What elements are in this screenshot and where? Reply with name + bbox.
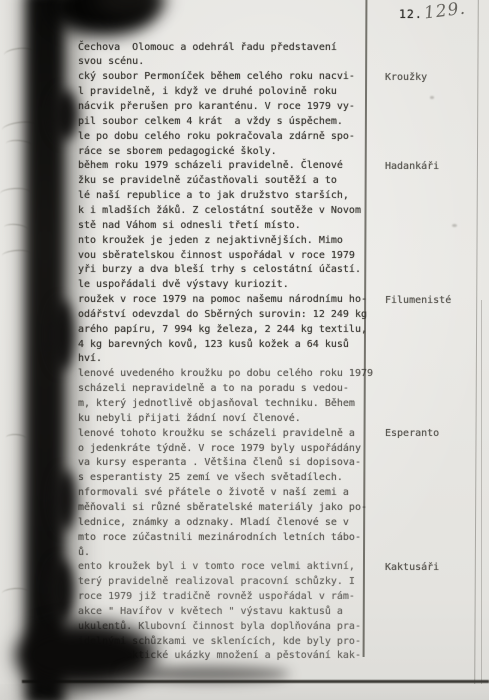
- text-line: nformovali své přátele o životě v naší z…: [78, 485, 349, 500]
- text-line: l pravidelně, i když ve druhé polovině r…: [78, 84, 337, 99]
- paper-speck: [452, 224, 457, 227]
- margin-label-filumenisté: Filumenisté: [385, 293, 451, 308]
- text-line: cký soubor Permoníček během celého roku …: [78, 69, 355, 84]
- scanned-document-page: 12. 129. Čechova Olomouc a odehrál řadu …: [0, 0, 489, 700]
- scan-shadow-bump: [54, 470, 76, 530]
- scan-shadow-bottom-smear: [120, 666, 290, 682]
- text-line: le uspořádali dvě výstavy kuriozit.: [78, 277, 289, 292]
- text-line: va kursy esperanta . Většina členů si do…: [78, 455, 361, 470]
- text-line: ráce se sborem pedagogické školy.: [78, 144, 277, 159]
- scan-shadow-bump: [48, 560, 74, 620]
- text-line: mto roce zúčastnili mezinárodních letníc…: [78, 530, 361, 545]
- text-line: Čechova Olomouc a odehrál řadu představe…: [78, 40, 337, 55]
- text-line: měňovali si různé sběratelské materiály …: [78, 500, 367, 515]
- handwritten-page-number: 129.: [423, 0, 467, 23]
- text-line: terý pravidelně realizoval pracovní schů…: [78, 574, 355, 589]
- text-line: během roku 1979 scházeli pravidelně. Čle…: [78, 158, 343, 173]
- text-line: nácvik přerušen pro karanténu. V roce 19…: [78, 99, 355, 114]
- scan-shadow-bump: [52, 90, 78, 140]
- text-line: yři burzy a dva bleší trhy s celostátní …: [78, 262, 361, 277]
- text-line: k i mladších žáků. Z celostátní soutěže …: [78, 203, 361, 218]
- margin-label-esperanto: Esperanto: [385, 426, 439, 441]
- page-right-edge-line: [474, 0, 479, 684]
- text-line: scházeli nepravidelně a to na poradu s v…: [78, 381, 349, 396]
- text-line: odářství odevzdal do Sběrných surovin: 1…: [78, 307, 367, 322]
- paper-speck: [430, 96, 434, 99]
- margin-label-hadankáři: Hadankáři: [385, 159, 439, 174]
- text-line: s esperantisty 25 zemí ve všech světadíl…: [78, 470, 343, 485]
- text-line: lé naší republice a to jak družstvo star…: [78, 188, 349, 203]
- text-line: akce " Havířov v květech " výstavu kaktu…: [78, 604, 343, 619]
- text-line: lenové uvedeného kroužku po dobu celého …: [78, 366, 373, 381]
- text-line: nto kroužek je jeden z nejaktivnějších. …: [78, 233, 343, 248]
- text-line: le po dobu celého roku pokračovala zdárn…: [78, 129, 355, 144]
- margin-label-kroužky: Kroužky: [385, 70, 427, 85]
- text-line: žku se pravidelně zúčastňovali soutěží a…: [78, 173, 337, 188]
- text-line: lednice, známky a odznaky. Mladí členové…: [78, 515, 349, 530]
- text-line: ento kroužek byl i v tomto roce velmi ak…: [78, 559, 355, 574]
- text-line: pil soubor celkem 4 krát a vždy s úspěch…: [78, 114, 343, 129]
- text-line: lenové tohoto kroužku se scházeli pravid…: [78, 426, 355, 441]
- margin-label-kaktusáři: Kaktusáři: [385, 560, 439, 575]
- text-line: roce 1979 již tradičně rovněž uspořádal …: [78, 589, 355, 604]
- text-line: stě nad Váhom si odnesli třetí místo.: [78, 218, 301, 233]
- page-right-edge-line-2: [481, 300, 482, 684]
- typed-page-number: 12.: [399, 7, 423, 21]
- text-line: m, který jednotlivě objasňoval techniku.…: [78, 396, 355, 411]
- text-line: o jedenkráte týdně. V roce 1979 byly usp…: [78, 441, 361, 456]
- text-line: arého papíru, 7 994 kg železa, 2 244 kg …: [78, 322, 367, 337]
- text-line: 4 kg barevných kovů, 123 kusů kožek a 64…: [78, 337, 349, 352]
- scan-shadow-bump: [50, 300, 74, 370]
- text-line: ku nebyli přijati žádní noví členové.: [78, 411, 301, 426]
- text-line: roužek v roce 1979 na pomoc našemu národ…: [78, 292, 367, 307]
- text-line: vou sběratelskou činnost uspořádal v roc…: [78, 248, 355, 263]
